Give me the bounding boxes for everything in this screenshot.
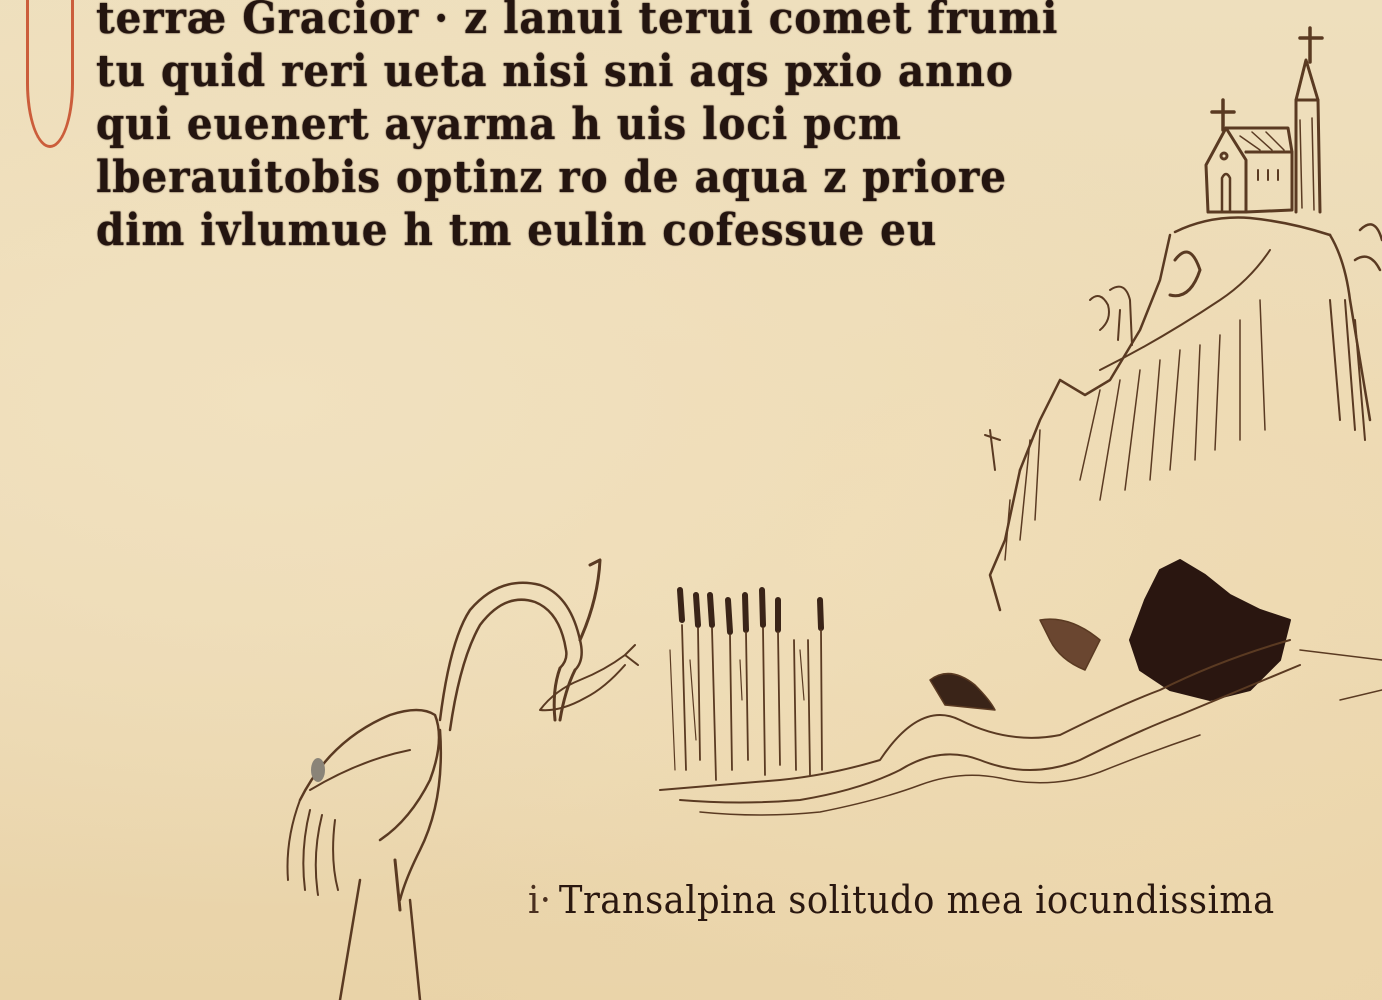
manuscript-page: terræ Gracior · z lanui terui comet frum… [0,0,1382,1000]
caption-text: Transalpina solitudo mea iocundissima [559,878,1275,922]
ink-blot [311,758,325,782]
pen-illustration [0,0,1382,1000]
caption-marker: i· [528,878,551,922]
reeds-icon [670,590,822,780]
heron-icon [288,560,639,1000]
hill-icon [985,218,1382,610]
cave-icon [930,560,1290,710]
caption-line: i·Transalpina solitudo mea iocundissima [528,878,1275,922]
church-icon [1206,28,1322,212]
